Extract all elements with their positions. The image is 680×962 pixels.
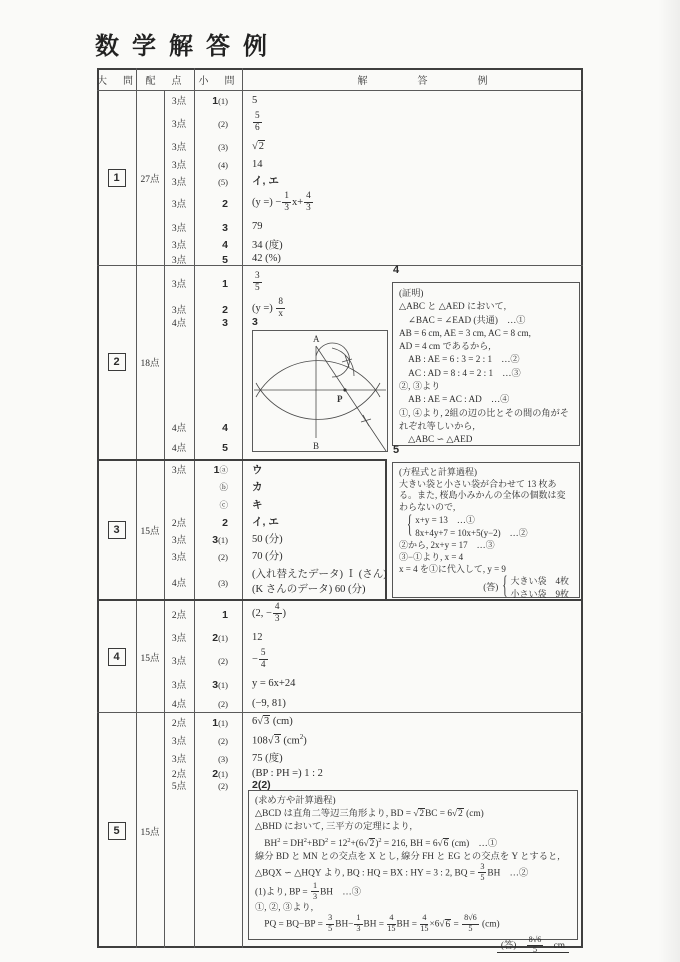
question-cell: (3) (194, 573, 242, 591)
question-cell: (2) (194, 776, 242, 794)
calc-line: △BQX ∽ △HQY より, BQ : HQ = BX : HY = 3 : … (255, 864, 571, 883)
answer-cell: 42 (%) (242, 253, 583, 264)
section-4-rows: 2点 1 (2, −43) 3点 2(1) 12 3点 (2) −54 3点 3… (164, 601, 583, 712)
table-row: 3点 2 (y =) −13x+43 (164, 189, 583, 217)
answer-cell: (−9, 81) (242, 698, 583, 709)
boxed-number: 1 (108, 169, 126, 187)
answer-cell: 56 (242, 112, 583, 133)
header-daimon: 大 問 (97, 68, 136, 90)
box4-label: 4 (393, 264, 399, 276)
section-2-total: 18点 (136, 265, 164, 459)
question-cell: (2) (194, 547, 242, 565)
question-cell: ⓑ (194, 477, 242, 495)
proof-line: AB = 6 cm, AE = 3 cm, AC = 8 cm, (399, 327, 573, 340)
points-cell: 3点 (164, 116, 194, 130)
answer-cell: 108√3 (cm2) (242, 733, 583, 747)
points-cell: 3点 (164, 751, 194, 765)
points-cell: 3点 (164, 174, 194, 188)
points-cell: 3点 (164, 157, 194, 171)
calc-line: (求め方や計算過程) (255, 795, 571, 808)
question-cell: 3(1) (194, 530, 242, 548)
points-cell: 2点 (164, 515, 194, 529)
question-cell: 2 (194, 194, 242, 212)
table-row: 3点 1(1) 5 (164, 90, 583, 110)
answer-cell: (2, −43) (242, 603, 583, 624)
points-cell: 4点 (164, 315, 194, 329)
table-row: 4点 (3) (入れ替えたデータ) Ｉ (さん) (K さんのデータ) 60 (… (164, 564, 583, 599)
answer-cell: イ, エ (242, 173, 583, 188)
answer-value: 8√65 (526, 941, 545, 951)
header-haiten: 配 点 (136, 68, 194, 90)
points-cell: 3点 (164, 93, 194, 107)
header-kaitourei: 解 答 例 (242, 68, 603, 90)
table-row: 2点 1(1) 6√3 (cm) (164, 713, 583, 730)
section-5-number: 5 (97, 713, 136, 948)
table-row: 3点 (2) 56 (164, 110, 583, 136)
answer-label: (答) (501, 941, 517, 951)
answer-cell: キ (242, 497, 583, 512)
final-answer: (答) 8√65 cm (255, 937, 571, 956)
answer-cell: y = 6x+24 (242, 678, 583, 689)
section-5-total: 15点 (136, 713, 164, 948)
section-4-number: 4 (97, 601, 136, 712)
question-cell: 3(1) (194, 675, 242, 693)
question-cell: (5) (194, 172, 242, 190)
box5-label: 5 (393, 444, 399, 456)
boxed-number: 4 (108, 648, 126, 666)
table-row: 4点 (2) (−9, 81) (164, 694, 583, 712)
points-cell: 2点 (164, 715, 194, 729)
proof-line: △ABC と △AED において, (399, 300, 573, 313)
points-cell: 2点 (164, 607, 194, 621)
question-cell: 2 (194, 513, 242, 531)
question-cell: 1ⓐ (194, 460, 242, 478)
table-row: 3点 (2) 70 (分) (164, 547, 583, 564)
boxed-number: 5 (108, 822, 126, 840)
calc-line: (1)より, BP = 13BH …③ (255, 883, 571, 902)
section-4-total: 15点 (136, 601, 164, 712)
point-a-label: A (313, 334, 320, 344)
points-cell: 3点 (164, 677, 194, 691)
answer-cell: 50 (分) (242, 531, 583, 546)
table-row: 3点 (3) √2 (164, 136, 583, 156)
question-cell: 5 (194, 438, 242, 456)
answer-cell: 34 (度) (242, 237, 583, 252)
question-cell: 1 (194, 605, 242, 623)
question-cell: 1(1) (194, 713, 242, 731)
proof-line: AC : AD = 8 : 4 = 2 : 1 …③ (399, 367, 573, 380)
question-cell: ⓒ (194, 495, 242, 513)
section-5-rows: 2点 1(1) 6√3 (cm) 3点 (2) 108√3 (cm2) 3点 (… (164, 713, 583, 790)
points-cell: 4点 (164, 440, 194, 454)
section-3-number: 3 (97, 461, 136, 599)
answer-cell: 79 (242, 221, 583, 232)
calc-line: △BHD において, 三平方の定理により, (255, 821, 571, 834)
answer-cell: −54 (242, 649, 583, 670)
table-row: ⓒ キ (164, 495, 583, 513)
question-cell: 1(1) (194, 91, 242, 109)
proof-line: ∠BAC = ∠EAD (共通) …① (399, 314, 573, 327)
points-cell: 3点 (164, 532, 194, 546)
points-cell: 3点 (164, 252, 194, 266)
section-3-total: 15点 (136, 461, 164, 599)
points-cell: 3点 (164, 237, 194, 251)
points-cell: 3点 (164, 549, 194, 563)
points-cell: 3点 (164, 653, 194, 667)
question-cell: 4 (194, 418, 242, 436)
answer-cell: 75 (度) (242, 750, 583, 765)
table-row: 3点 3(1) 50 (分) (164, 530, 583, 547)
section-2-number: 2 (97, 265, 136, 459)
table-row: 3点 5 42 (%) (164, 252, 583, 265)
points-cell: 4点 (164, 420, 194, 434)
answer-cell: カ (242, 479, 583, 494)
points-cell: 4点 (164, 575, 194, 589)
point-p-dot (343, 388, 346, 391)
section-1-rows: 3点 1(1) 5 3点 (2) 56 3点 (3) √2 3点 (4) 14 … (164, 90, 583, 265)
points-cell: 3点 (164, 630, 194, 644)
page-title: 数学解答例 (95, 26, 280, 61)
answer-cell: (入れ替えたデータ) Ｉ (さん) (K さんのデータ) 60 (分) (242, 567, 583, 597)
question-cell: (2) (194, 731, 242, 749)
points-cell: 5点 (164, 778, 194, 792)
answer-cell: 5 (242, 95, 583, 106)
table-row: 2点 2 イ, エ (164, 513, 583, 530)
table-row: 3点 2(1) 12 (164, 627, 583, 647)
section-1-number: 1 (97, 90, 136, 265)
question-cell: 1 (194, 274, 242, 292)
boxed-number: 2 (108, 353, 126, 371)
question-cell: (2) (194, 114, 242, 132)
points-cell: 3点 (164, 462, 194, 476)
calc-line: 線分 BD と MN との交点を X とし, 線分 FH と EG との交点を … (255, 851, 571, 864)
question-cell: (4) (194, 155, 242, 173)
question-cell: 3 (194, 218, 242, 236)
proof-line: AD = 4 cm であるから, (399, 340, 573, 353)
proof-line: AB : AE = AC : AD …④ (399, 393, 573, 406)
point-p-label: P (337, 394, 343, 404)
proof-line: ②, ③より (399, 380, 573, 393)
question-cell: (2) (194, 694, 242, 712)
point-b-label: B (313, 441, 319, 451)
construction-figure: A B P (252, 330, 388, 452)
table-row: 3点 3 79 (164, 217, 583, 236)
proof-line: (証明) (399, 287, 573, 300)
answer-cell: ウ (242, 462, 583, 477)
calc-line: BH2 = DH2+BD2 = 122+(6√2)2 = 216, BH = 6… (255, 834, 571, 851)
table-row: ⓑ カ (164, 477, 583, 495)
points-cell: 4点 (164, 696, 194, 710)
table-row: 3点 (2) −54 (164, 647, 583, 673)
calc-line: PQ = BQ−BP = 35BH−13BH = 415BH = 415×6√6… (255, 915, 571, 934)
proof-line: AB : AE = 6 : 3 = 2 : 1 …② (399, 353, 573, 366)
proof-line: ①, ④より, 2組の辺の比とその間の角がそれぞれ等しいから, (399, 407, 573, 434)
answer-cell: (BP : PH =) 1 : 2 (242, 768, 583, 779)
answer-unit: cm (554, 941, 565, 951)
table-row: 3点 (2) 108√3 (cm2) (164, 730, 583, 749)
question-cell: 3 (194, 313, 242, 331)
scan-edge-shading (658, 0, 680, 962)
question-cell: 2(1) (194, 628, 242, 646)
answer-cell: 14 (242, 159, 583, 170)
proof-line: △ABC ∽ △AED (399, 433, 573, 446)
boxed-number: 3 (108, 521, 126, 539)
answer-cell: 12 (242, 632, 583, 643)
answer-cell: √2 (242, 141, 583, 152)
answer-cell: イ, エ (242, 514, 583, 529)
points-cell: 3点 (164, 276, 194, 290)
section-3-rows: 3点 1ⓐ ウ ⓑ カ ⓒ キ 2点 2 イ, エ 3点 3(1) 50 (分)… (164, 461, 583, 599)
section-1-total: 27点 (136, 90, 164, 265)
table-row: 3点 1ⓐ ウ (164, 461, 583, 477)
table-row: 5点 (2) 2(2) (164, 780, 583, 790)
table-row: 3点 3(1) y = 6x+24 (164, 673, 583, 694)
points-cell: 3点 (164, 196, 194, 210)
calculation-box: (求め方や計算過程) △BCD は直角二等辺三角形より, BD = √2BC =… (248, 790, 578, 940)
calc-line: △BCD は直角二等辺三角形より, BD = √2BC = 6√2 (cm) (255, 808, 571, 821)
proof-box: (証明) △ABC と △AED において, ∠BAC = ∠EAD (共通) … (392, 282, 580, 446)
header-shoumon: 小 問 (194, 68, 242, 90)
table-row: 2点 1 (2, −43) (164, 601, 583, 627)
table-row: 3点 (5) イ, エ (164, 172, 583, 189)
calc-line: ①, ②, ③より, (255, 902, 571, 915)
answer-cell: 6√3 (cm) (242, 716, 583, 727)
table-row: 3点 (4) 14 (164, 156, 583, 172)
points-cell: 3点 (164, 733, 194, 747)
answer-cell: (y =) −13x+43 (242, 192, 583, 213)
answer-cell: 70 (分) (242, 548, 583, 563)
question-cell: (2) (194, 651, 242, 669)
question-cell: (3) (194, 137, 242, 155)
points-cell: 3点 (164, 139, 194, 153)
points-cell: 3点 (164, 220, 194, 234)
